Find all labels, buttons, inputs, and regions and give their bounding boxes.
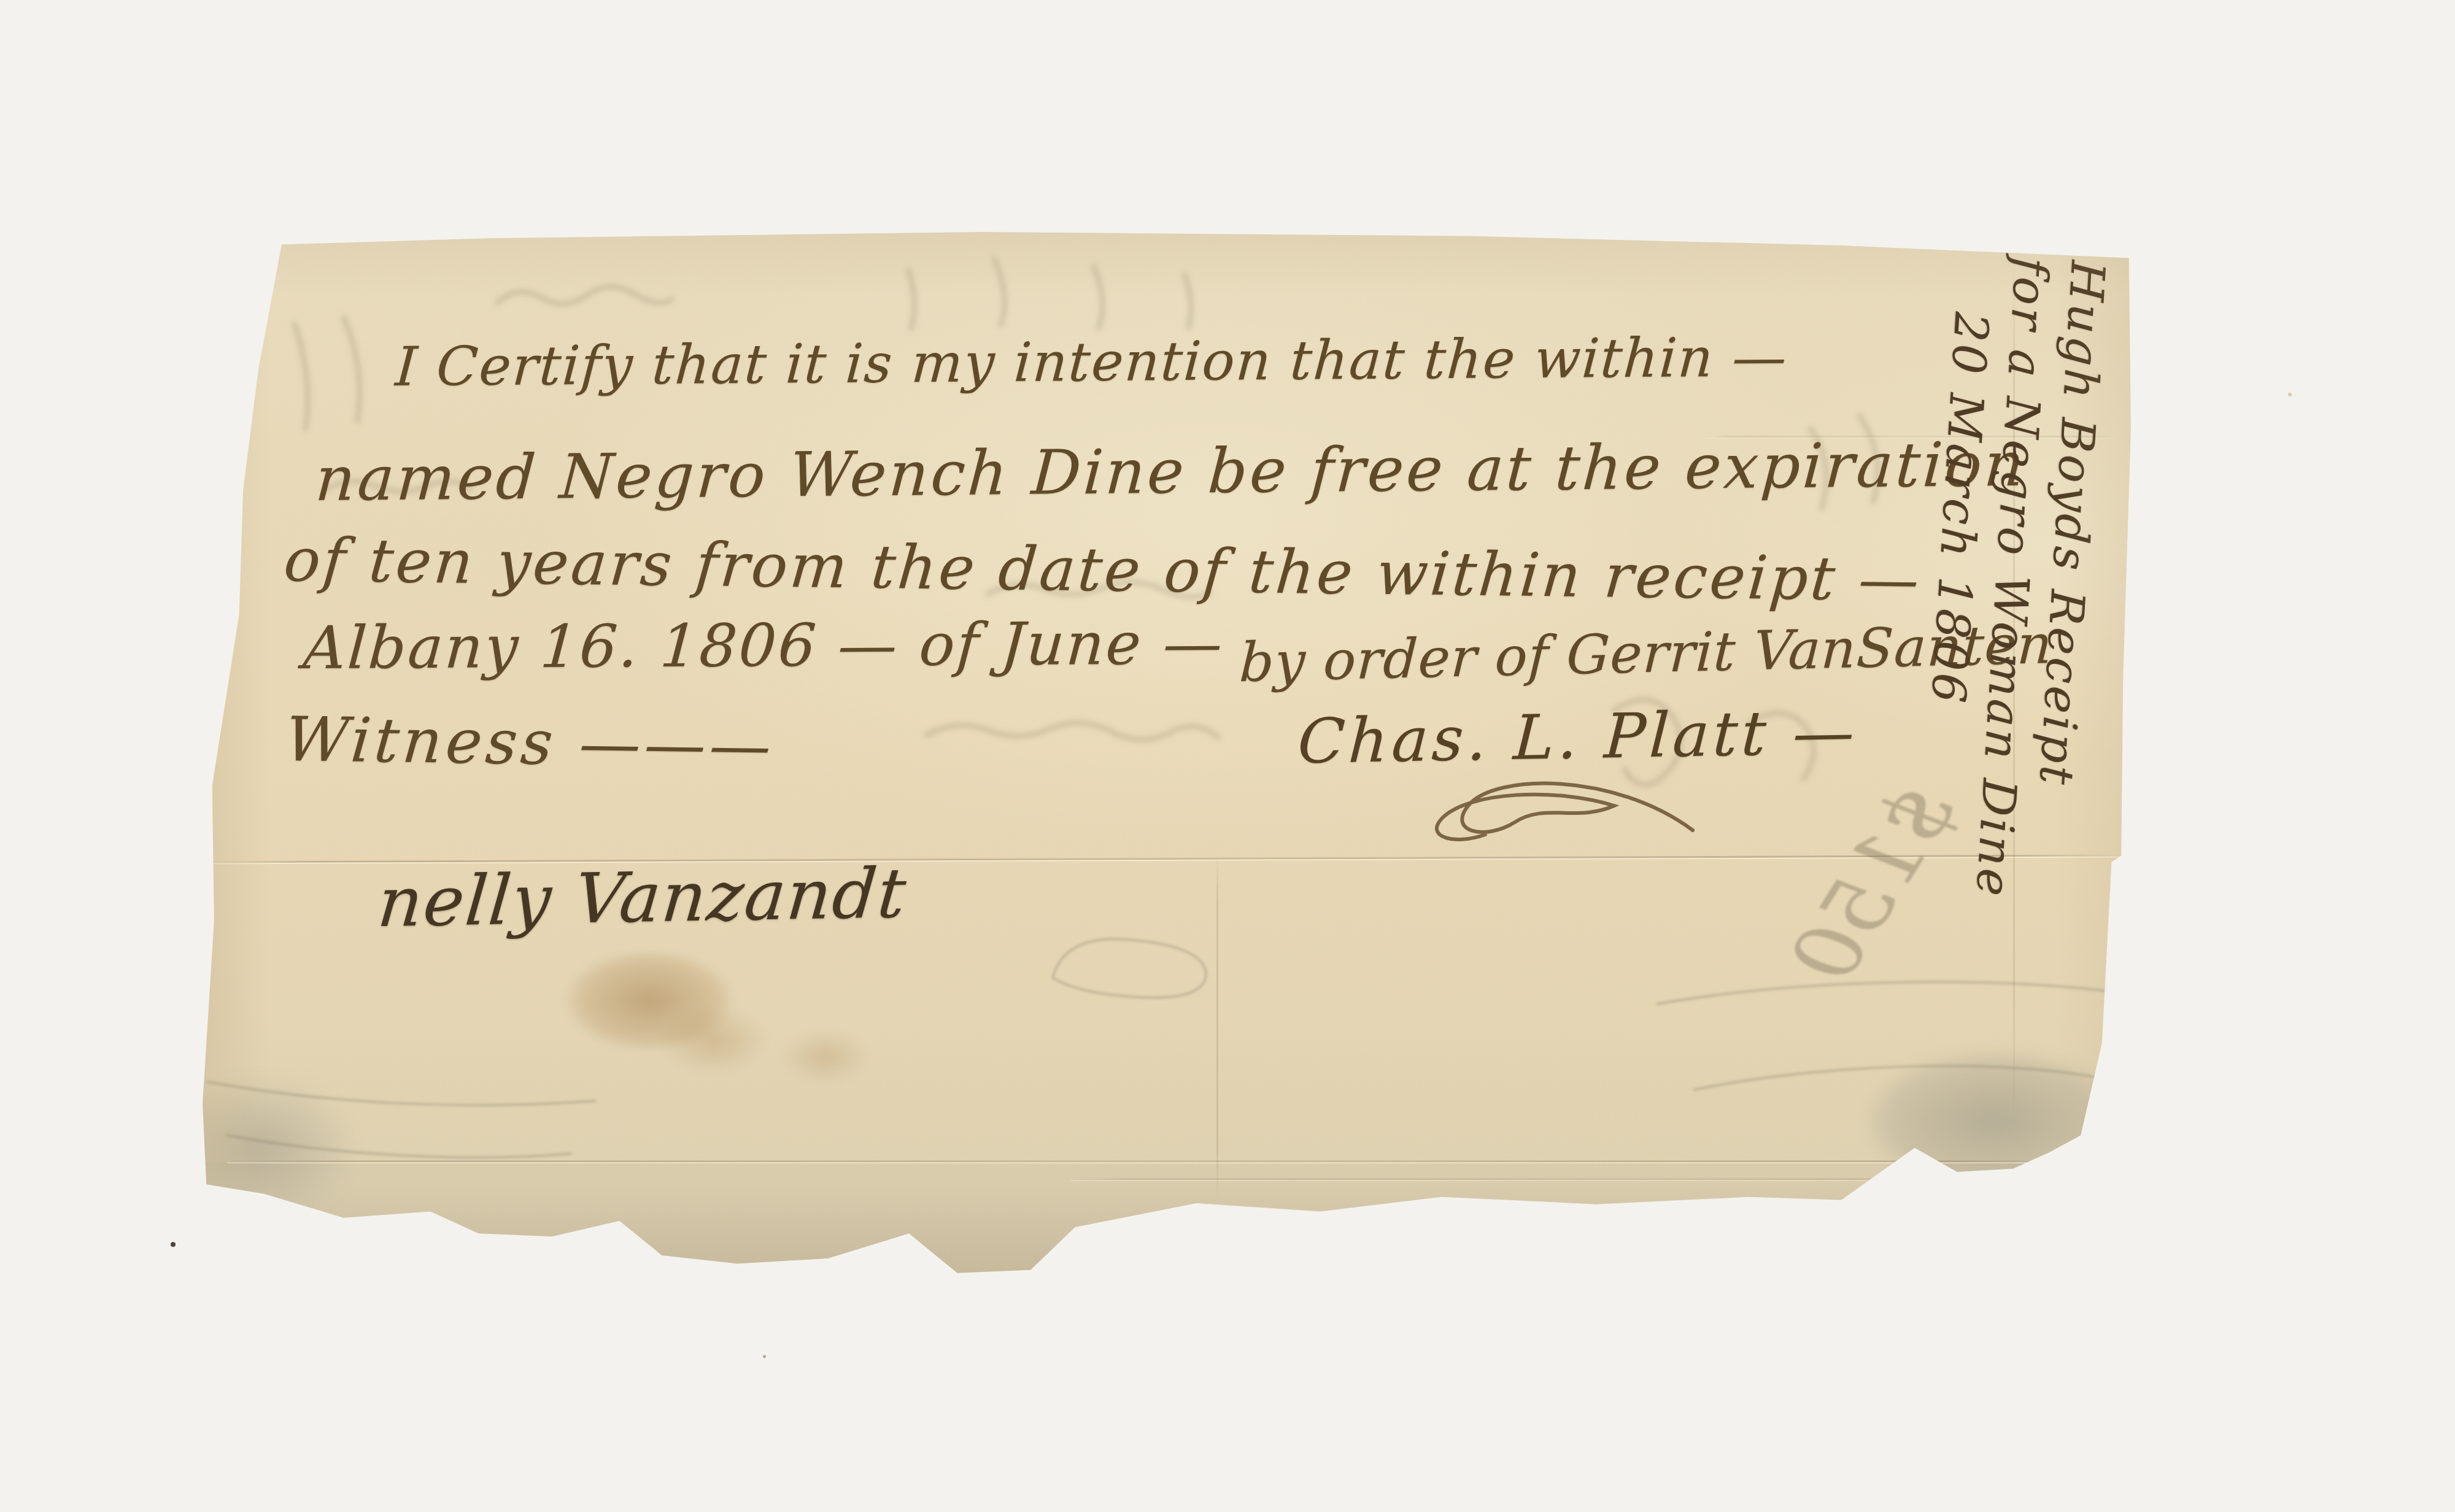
scanned-document-page: I Certify that it is my intention that t… <box>0 0 2455 1512</box>
dust-speck <box>171 1242 176 1247</box>
gray-smudge-left <box>184 1054 381 1226</box>
showthrough-amount: $150 <box>1774 764 1974 1003</box>
dust-speck <box>2288 393 2292 396</box>
witness-label: Witness ——— <box>282 703 778 782</box>
dust-speck <box>763 1355 766 1358</box>
signer-signature: Chas. L. Platt — <box>1296 696 1860 777</box>
gray-smudge-right <box>1854 1036 2111 1189</box>
paper-sheet: I Certify that it is my intention that t… <box>203 232 2133 1275</box>
bottom-fold-strip <box>203 1162 2133 1279</box>
brown-stain-small <box>779 1030 872 1085</box>
body-line-3: of ten years from the date of the within… <box>282 525 1925 615</box>
endorsement-block: Hugh Boyds Receipt for a Negro Woman Din… <box>1910 252 2116 869</box>
witness-signature: nelly Vanzandt <box>375 854 910 943</box>
place-date-line: Albany 16. 1806 — of June — <box>301 609 1226 682</box>
body-line-1: I Certify that it is my intention that t… <box>394 325 1790 398</box>
signature-flourish <box>1437 784 1693 839</box>
vertical-crease-center <box>1216 855 1218 1198</box>
body-line-2: named Negro Wench Dine be free at the ex… <box>314 428 2028 515</box>
brown-stain <box>546 938 792 1103</box>
